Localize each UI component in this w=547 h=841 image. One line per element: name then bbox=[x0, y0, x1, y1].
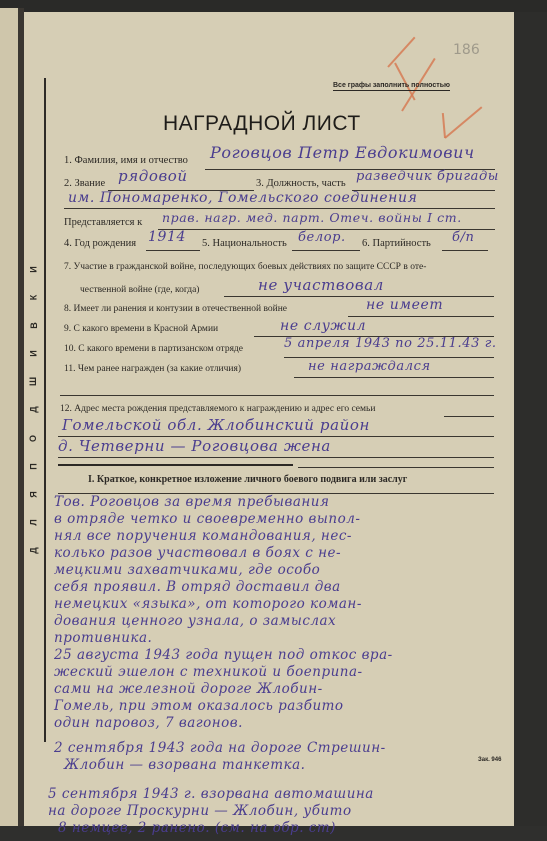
narrative-line: 8 немцев, 2 ранено. (см. на обр. ст) bbox=[58, 820, 393, 837]
narrative-line: противника. bbox=[54, 630, 393, 647]
section-divider bbox=[58, 464, 293, 466]
field-9-value: не служил bbox=[280, 318, 366, 334]
binding-margin-label: Д Л Я П О Д Ш И В К И bbox=[26, 265, 42, 555]
field-3-value-line1: разведчик бригады bbox=[356, 169, 499, 184]
field-6-value: б/п bbox=[452, 230, 475, 245]
narrative-line: Гомель, при этом оказалось разбито bbox=[54, 698, 393, 715]
field-11-label: 11. Чем ранее награжден (за какие отличи… bbox=[64, 364, 241, 374]
field-10-label: 10. С какого времени в партизанском отря… bbox=[64, 344, 243, 354]
document-title: НАГРАДНОЙ ЛИСТ bbox=[163, 112, 361, 136]
field-4-underline bbox=[146, 250, 200, 251]
field-3-label: 3. Должность, часть bbox=[256, 178, 346, 189]
field-8-underline bbox=[348, 316, 494, 317]
field-10-value: 5 апреля 1943 по 25.11.43 г. bbox=[284, 336, 497, 351]
field-4-label: 4. Год рождения bbox=[64, 238, 136, 249]
field-12-value-line2: д. Четверни — Роговцова жена bbox=[58, 437, 331, 455]
field-12-value-line1: Гомельской обл. Жлобинский район bbox=[62, 416, 370, 434]
field-5-underline bbox=[292, 250, 360, 251]
field-11-blank-line bbox=[60, 395, 494, 396]
field-2-value: рядовой bbox=[118, 167, 188, 185]
narrative-line: 2 сентября 1943 года на дороге Стрешин- bbox=[54, 740, 393, 757]
field-9-label: 9. С какого времени в Красной Армии bbox=[64, 324, 218, 334]
archive-page-number: 186 bbox=[453, 42, 480, 58]
presented-for-label: Представляется к bbox=[64, 217, 142, 228]
field-7-underline bbox=[224, 296, 494, 297]
field-12-underline-3 bbox=[58, 457, 494, 458]
narrative-line: дования ценного узнала, о замыслах bbox=[54, 613, 393, 630]
field-3-underline-2 bbox=[64, 208, 495, 209]
field-8-label: 8. Имеет ли ранения и контузии в отечест… bbox=[64, 304, 287, 314]
field-5-value: белор. bbox=[298, 230, 346, 245]
section-1-heading: I. Краткое, конкретное изложение личного… bbox=[88, 474, 407, 485]
field-7-label-line1: 7. Участие в гражданской войне, последую… bbox=[64, 262, 426, 272]
narrative-line: 5 сентября 1943 г. взорвана автомашина bbox=[48, 786, 393, 803]
print-order-number: Зак. 946 bbox=[478, 757, 501, 763]
narrative-line: себя проявил. В отряд доставил два bbox=[54, 579, 393, 596]
field-2-label: 2. Звание bbox=[64, 178, 105, 189]
instruction-note: Все графы заполнить полностью bbox=[333, 82, 450, 91]
field-8-value: не имеет bbox=[366, 297, 443, 313]
narrative-line: немецких «языка», от которого коман- bbox=[54, 596, 393, 613]
narrative-line: мецкими захватчиками, где особо bbox=[54, 562, 393, 579]
section-divider-right bbox=[298, 467, 494, 468]
field-1-label: 1. Фамилия, имя и отчество bbox=[64, 155, 188, 166]
narrative-line: один паровоз, 7 вагонов. bbox=[54, 715, 393, 732]
previous-page-edge bbox=[0, 8, 20, 828]
scan-right-border bbox=[514, 12, 547, 826]
field-5-label: 5. Национальность bbox=[202, 238, 287, 249]
narrative-line: нял все поручения командования, нес- bbox=[54, 528, 393, 545]
narrative-line: жеский эшелон с техникой и боеприпа- bbox=[54, 664, 393, 681]
field-11-value: не награждался bbox=[308, 359, 431, 374]
field-12-label: 12. Адрес места рождения представляемого… bbox=[60, 404, 375, 414]
narrative-text: Тов. Роговцов за время пребывания в отря… bbox=[54, 494, 393, 837]
presented-for-value: прав. нагр. мед. парт. Отеч. войны I ст. bbox=[162, 210, 462, 225]
narrative-line: сами на железной дороге Жлобин- bbox=[54, 681, 393, 698]
field-1-value: Роговцов Петр Евдокимович bbox=[210, 143, 475, 162]
field-6-underline bbox=[442, 250, 488, 251]
field-11-underline bbox=[294, 377, 494, 378]
field-12-underline bbox=[444, 416, 494, 417]
field-6-label: 6. Партийность bbox=[362, 238, 431, 249]
field-7-value: не участвовал bbox=[258, 276, 384, 294]
field-7-label-line2: чественной войне (где, когда) bbox=[80, 285, 199, 295]
narrative-line: на дороге Проскурни — Жлобин, убито bbox=[48, 803, 393, 820]
field-4-value: 1914 bbox=[148, 229, 186, 245]
narrative-line: колько разов участвовал в боях с не- bbox=[54, 545, 393, 562]
narrative-line: в отряде четко и своевременно выпол- bbox=[54, 511, 393, 528]
narrative-line: 25 августа 1943 года пущен под откос вра… bbox=[54, 647, 393, 664]
narrative-line: Жлобин — взорвана танкетка. bbox=[54, 757, 393, 774]
binding-cut-line bbox=[44, 78, 46, 742]
narrative-line: Тов. Роговцов за время пребывания bbox=[54, 494, 393, 511]
field-10-underline bbox=[284, 357, 494, 358]
field-3-value-line2: им. Пономаренко, Гомельского соединения bbox=[68, 190, 418, 206]
